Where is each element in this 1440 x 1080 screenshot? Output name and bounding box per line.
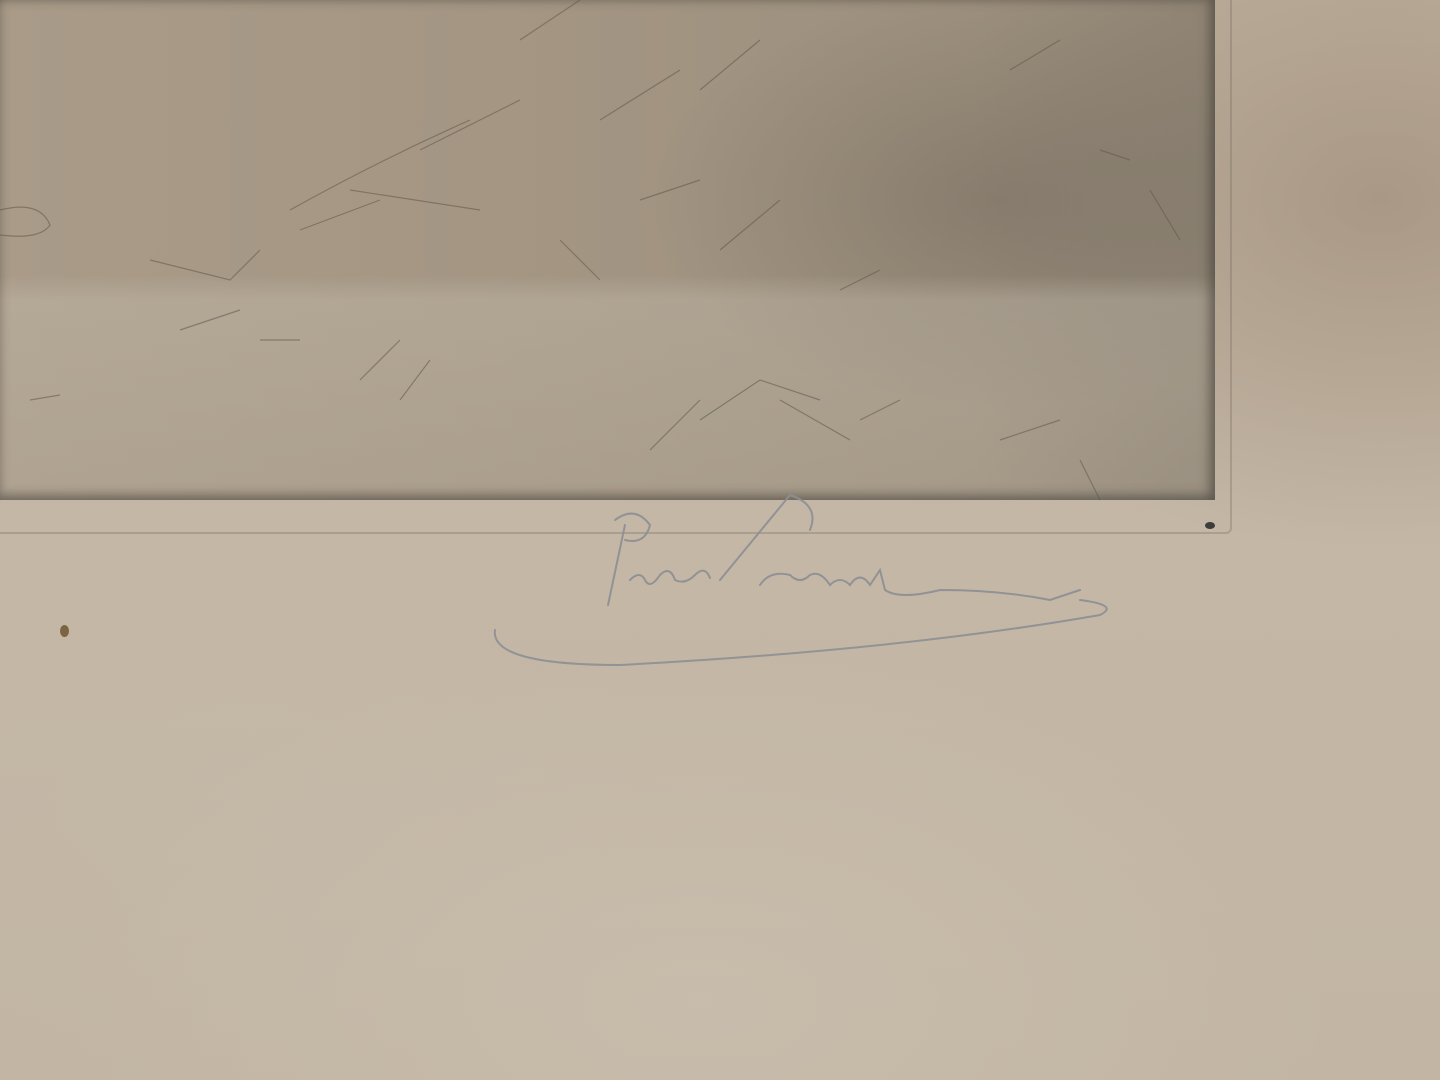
foxing-spot [60, 625, 69, 637]
plate-corner-ink-dot [1205, 522, 1215, 529]
pencil-signature: Pierre Paulus [0, 0, 1440, 1080]
svg-text:Pierre Paulus: Pierre Paulus [0, 0, 109, 4]
